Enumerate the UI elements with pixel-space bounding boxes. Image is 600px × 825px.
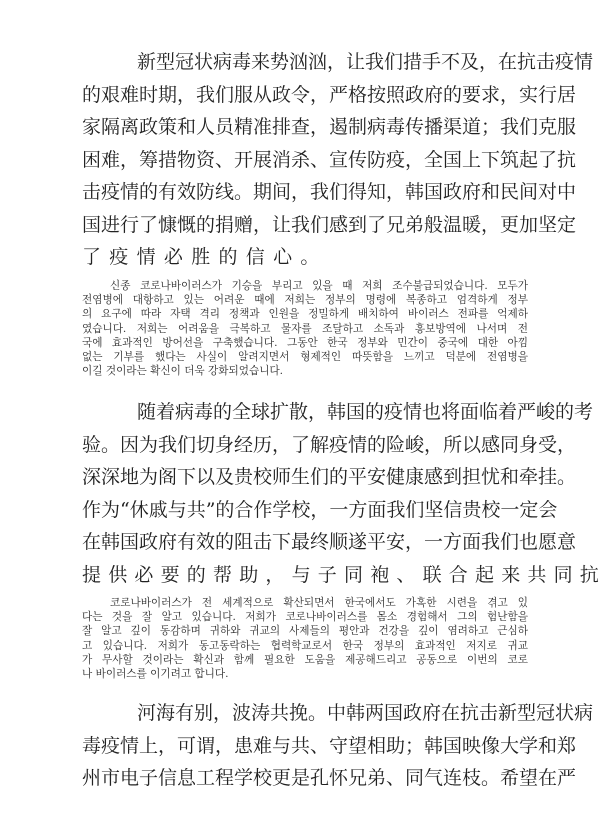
text-line: 전염병에 대항하고 있는 어려운 때에 저희는 정부의 명령에 복종하고 엄격하… — [82, 293, 528, 307]
paragraph-ko-1: 신종 코로나바이러스가 기승을 부리고 있을 때 저희 조수불급되었습니다. 모… — [82, 279, 528, 378]
text-line: 国进行了慷慨的捐赠，让我们感到了兄弟般温暖，更加坚定 — [82, 209, 528, 242]
text-line: 击疫情的有效防线。期间，我们得知，韩国政府和民间对中 — [82, 176, 528, 209]
text-line: 新型冠状病毒来势汹汹，让我们措手不及，在抗击疫情 — [82, 46, 528, 79]
text-line: 신종 코로나바이러스가 기승을 부리고 있을 때 저희 조수불급되었습니다. 모… — [82, 279, 528, 293]
text-line: 잘 알고 깊이 동감하며 귀하와 귀교의 사제들의 평안과 건강을 깊이 염려하… — [82, 624, 528, 638]
text-line: 困难，筹措物资、开展消杀、宣传防疫，全国上下筑起了抗 — [82, 144, 528, 177]
paragraph-zh-2: 随着病毒的全球扩散，韩国的疫情也将面临着严峻的考 验。因为我们切身经历，了解疫情… — [82, 396, 528, 591]
text-line: 验。因为我们切身经历，了解疫情的险峻，所以感同身受， — [82, 429, 528, 462]
text-line: 이길 것이라는 확신이 더욱 강화되었습니다. — [82, 364, 528, 378]
text-line: 毒疫情上，可谓，患难与共、守望相助；韩国映像大学和郑 — [82, 730, 528, 763]
paragraph-ko-2: 코로나바이러스가 전 세계적으로 확산되면서 한국에서도 가혹한 시련을 겪고 … — [82, 596, 528, 681]
document-page: 新型冠状病毒来势汹汹，让我们措手不及，在抗击疫情 的艰难时期，我们服从政令，严格… — [0, 0, 600, 825]
text-line: 河海有别，波涛共挽。中韩两国政府在抗击新型冠状病 — [82, 697, 528, 730]
text-line: 随着病毒的全球扩散，韩国的疫情也将面临着严峻的考 — [82, 396, 528, 429]
text-line: 나 바이러스를 이기려고 합니다. — [82, 667, 528, 681]
text-line: 고 있습니다. 저희가 동고동락하는 협력학교로서 한국 정부의 효과적인 저지… — [82, 639, 528, 653]
text-line: 提供必要的帮助，与子同袍、联合起来共同抗击疫情。 — [82, 559, 528, 592]
paragraph-zh-1: 新型冠状病毒来势汹汹，让我们措手不及，在抗击疫情 的艰难时期，我们服从政令，严格… — [82, 46, 528, 274]
text-line: 가 무사할 것이라는 확신과 함께 필요한 도움을 제공해드리고 공동으로 이번… — [82, 653, 528, 667]
text-line: 다는 것을 잘 알고 있습니다. 저희가 코로나바이러스를 몸소 경험해서 그의… — [82, 610, 528, 624]
text-line: 深深地为阁下以及贵校师生们的平安健康感到担忧和牵挂。 — [82, 461, 528, 494]
text-line: 了疫情必胜的信心。 — [82, 241, 528, 274]
text-line: 의 요구에 따라 자택 격리 정책과 인원을 정밀하게 배치하여 바이러스 전파… — [82, 307, 528, 321]
text-line: 作为“休戚与共”的合作学校，一方面我们坚信贵校一定会 — [82, 494, 528, 527]
text-line: 州市电子信息工程学校更是孔怀兄弟、同气连枝。希望在严 — [82, 762, 528, 795]
text-line: 的艰难时期，我们服从政令，严格按照政府的要求，实行居 — [82, 79, 528, 112]
text-line: 없는 기부를 했다는 사실이 알려지면서 형제적인 따뜻함을 느끼고 덕분에 전… — [82, 350, 528, 364]
text-line: 家隔离政策和人员精准排查，遏制病毒传播渠道；我们克服 — [82, 111, 528, 144]
text-line: 국에 효과적인 방어선을 구축했습니다. 그동안 한국 정부와 민간이 중국에 … — [82, 336, 528, 350]
text-line: 였습니다. 저희는 어려움을 극복하고 물자를 조달하고 소독과 홍보방역에 나… — [82, 322, 528, 336]
text-line: 在韩国政府有效的阻击下最终顺遂平安，一方面我们也愿意 — [82, 526, 528, 559]
text-line: 코로나바이러스가 전 세계적으로 확산되면서 한국에서도 가혹한 시련을 겪고 … — [82, 596, 528, 610]
paragraph-zh-3: 河海有别，波涛共挽。中韩两国政府在抗击新型冠状病 毒疫情上，可谓，患难与共、守望… — [82, 697, 528, 795]
